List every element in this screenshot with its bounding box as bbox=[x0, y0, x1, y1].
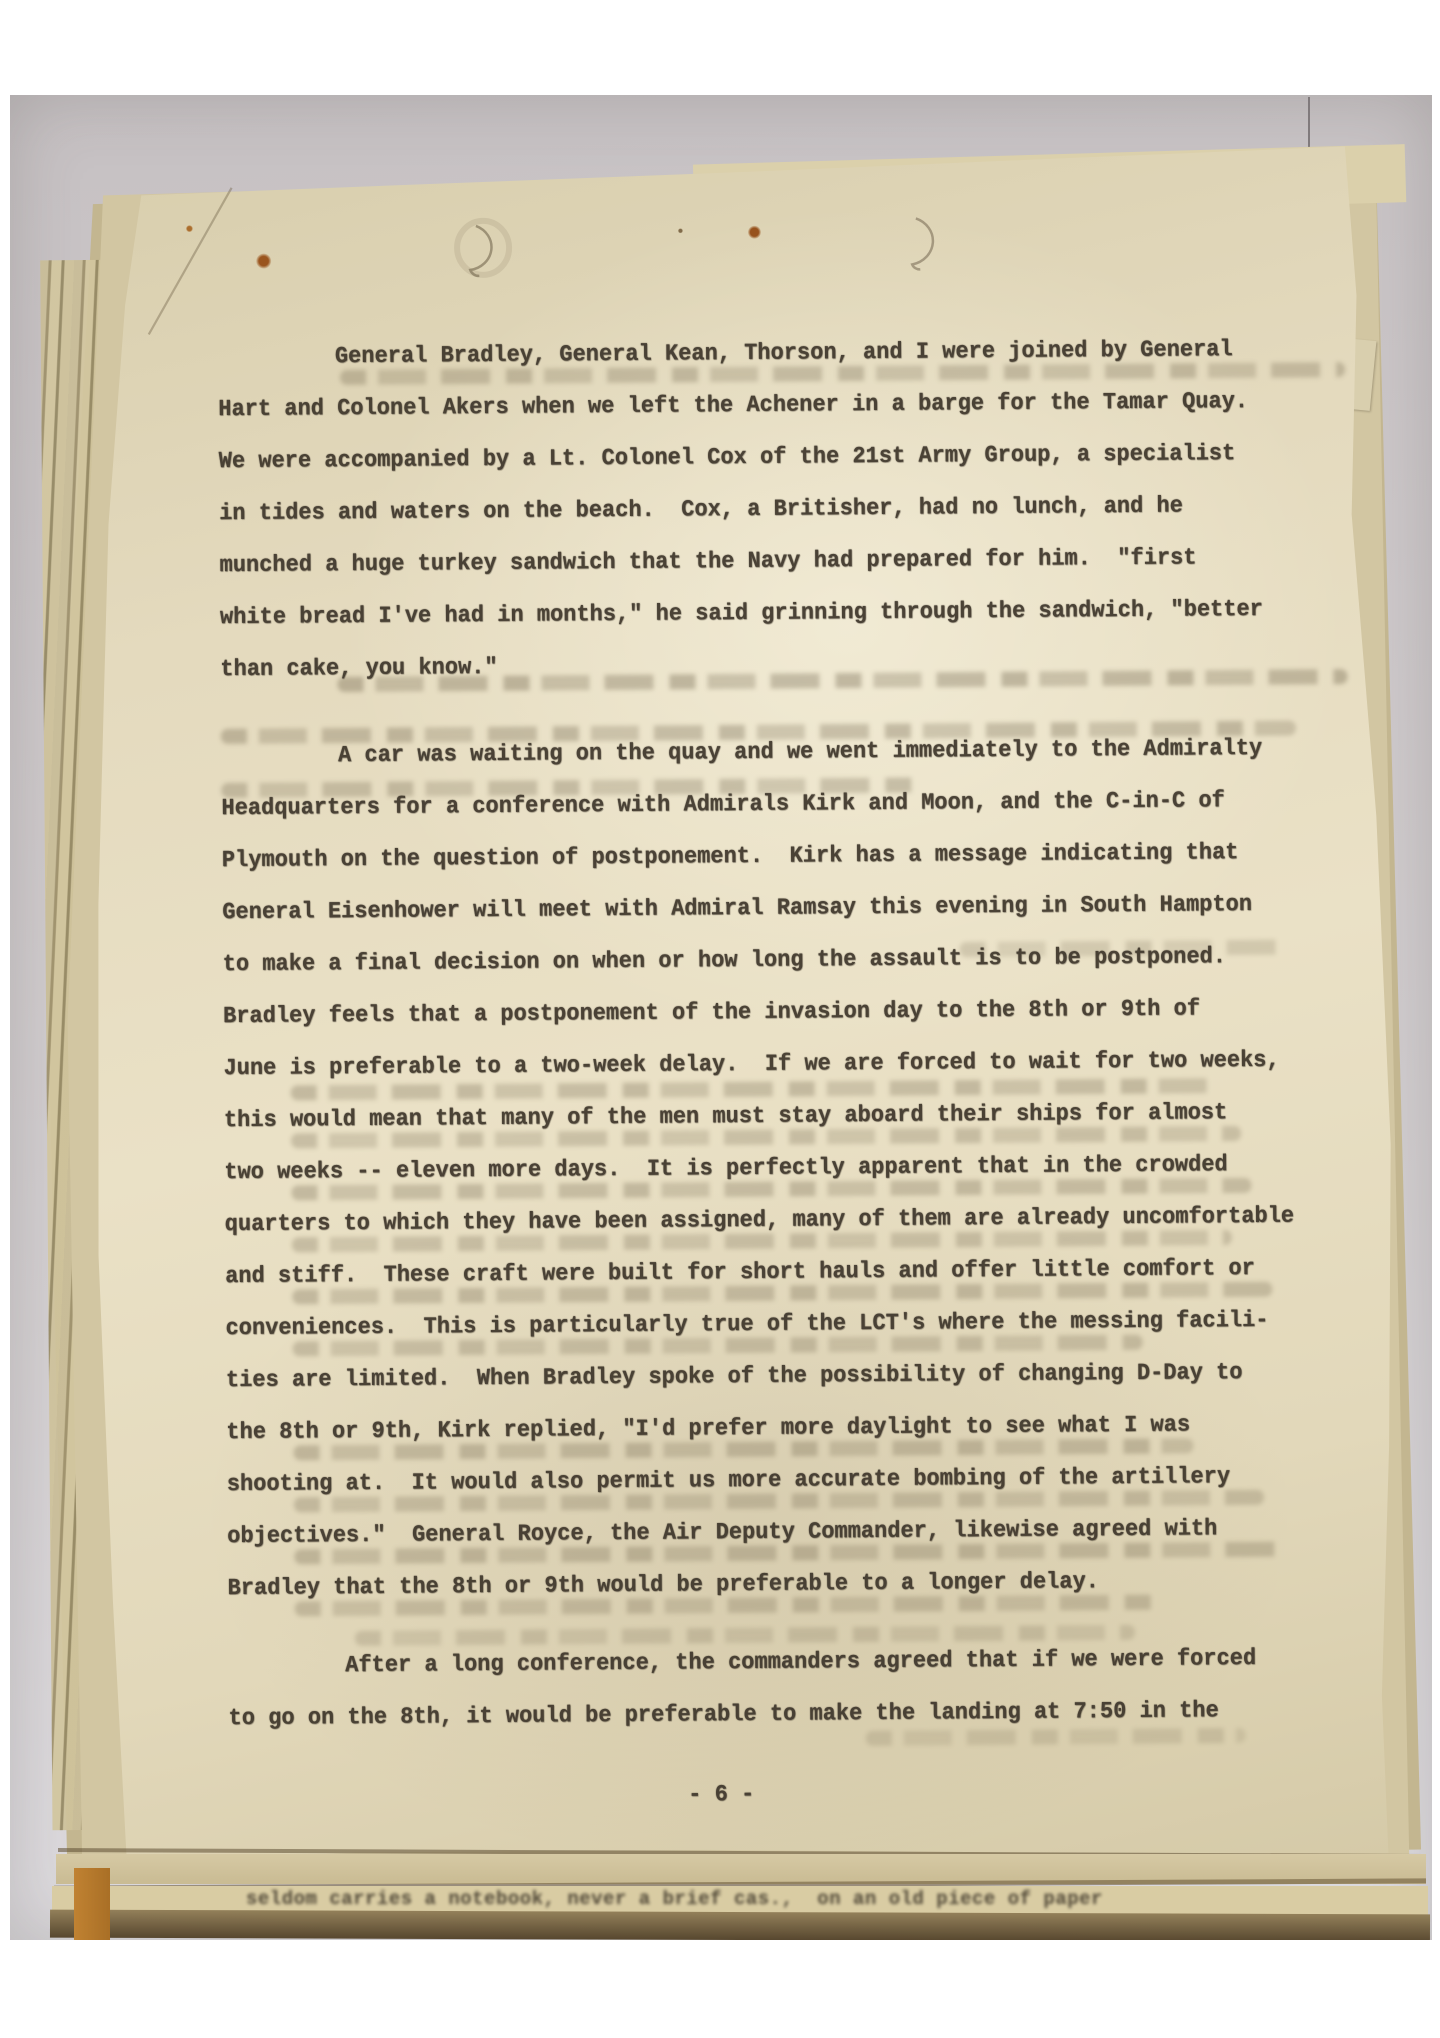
typed-line: ties are limited. When Bradley spoke of … bbox=[226, 1359, 1243, 1394]
typed-line: - 6 - bbox=[688, 1781, 754, 1809]
typed-line: June is preferable to a two-week delay. … bbox=[223, 1047, 1279, 1083]
typed-line: the 8th or 9th, Kirk replied, "I'd prefe… bbox=[226, 1412, 1190, 1447]
typed-line: white bread I've had in months," he said… bbox=[220, 596, 1263, 631]
typed-line: We were accompanied by a Lt. Colonel Cox… bbox=[219, 440, 1236, 475]
typed-line: shooting at. It would also permit us mor… bbox=[227, 1463, 1231, 1498]
typed-line: objectives." General Royce, the Air Depu… bbox=[227, 1515, 1217, 1550]
typed-line: Bradley that the 8th or 9th would be pre… bbox=[228, 1568, 1100, 1602]
scan-canvas: General Bradley, General Kean, Thorson, … bbox=[0, 0, 1440, 2038]
typed-line: Hart and Colonel Akers when we left the … bbox=[218, 388, 1248, 423]
typed-line: General Eisenhower will meet with Admira… bbox=[222, 891, 1252, 926]
typed-line: munched a huge turkey sandwich that the … bbox=[219, 545, 1196, 580]
typed-line: in tides and waters on the beach. Cox, a… bbox=[219, 493, 1183, 528]
typed-lines: General Bradley, General Kean, Thorson, … bbox=[10, 95, 1432, 1940]
typed-line: General Bradley, General Kean, Thorson, … bbox=[335, 336, 1233, 370]
typed-line: two weeks -- eleven more days. It is per… bbox=[224, 1151, 1228, 1186]
typed-line: to go on the 8th, it would be preferable… bbox=[229, 1697, 1219, 1732]
typed-line: Headquarters for a conference with Admir… bbox=[221, 787, 1225, 822]
typed-line: and stiff. These craft were built for sh… bbox=[225, 1255, 1255, 1290]
typed-line: Bradley feels that a postponement of the… bbox=[223, 996, 1200, 1031]
typed-line: A car was waiting on the quay and we wen… bbox=[338, 735, 1262, 770]
paper-group: General Bradley, General Kean, Thorson, … bbox=[10, 95, 1432, 1940]
typed-line: this would mean that many of the men mus… bbox=[224, 1099, 1228, 1134]
typed-line: conveniences. This is particularly true … bbox=[225, 1307, 1268, 1342]
typed-line: After a long conference, the commanders … bbox=[345, 1645, 1256, 1679]
photograph: General Bradley, General Kean, Thorson, … bbox=[10, 95, 1432, 1940]
typed-line: than cake, you know." bbox=[220, 654, 497, 683]
typed-line: quarters to which they have been assigne… bbox=[225, 1203, 1295, 1239]
typed-line: Plymouth on the question of postponement… bbox=[222, 839, 1239, 874]
typed-line: to make a final decision on when or how … bbox=[223, 943, 1227, 978]
